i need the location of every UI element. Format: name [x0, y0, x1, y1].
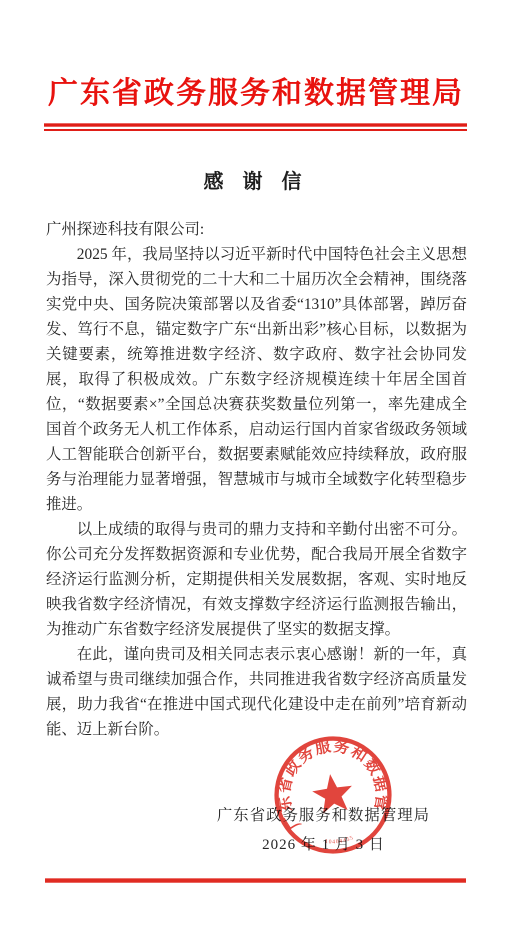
letter-page: 广东省政务服务和数据管理局 感 谢 信 广州探迹科技有限公司: 2025 年，我… — [0, 0, 512, 930]
salutation: 广州探迹科技有限公司: — [46, 217, 467, 242]
letter-title: 感 谢 信 — [0, 165, 512, 194]
letterhead-org-name: 广东省政务服务和数据管理局 — [0, 68, 512, 112]
paragraph-1: 2025 年，我局坚持以习近平新时代中国特色社会主义思想为指导，深入贯彻党的二十… — [46, 242, 467, 517]
letterhead-divider-thin-line — [44, 129, 467, 131]
paragraph-2: 以上成绩的取得与贵司的鼎力支持和辛勤付出密不可分。你公司充分发挥数据资源和专业优… — [46, 517, 467, 642]
signature-block: 广东省政务服务和数据管理局 2026 年 1 月 3 日 — [217, 803, 430, 854]
letter-body: 广州探迹科技有限公司: 2025 年，我局坚持以习近平新时代中国特色社会主义思想… — [46, 217, 467, 742]
letterhead-divider — [44, 123, 467, 131]
signature-org-name: 广东省政务服务和数据管理局 — [217, 803, 430, 825]
signature-date: 2026 年 1 月 3 日 — [217, 833, 430, 854]
footer-divider — [45, 878, 466, 883]
paragraph-3: 在此，谨向贵司及相关同志表示衷心感谢！新的一年，真诚希望与贵司继续加强合作，共同… — [46, 642, 467, 742]
letterhead-divider-thick-line — [44, 123, 467, 127]
